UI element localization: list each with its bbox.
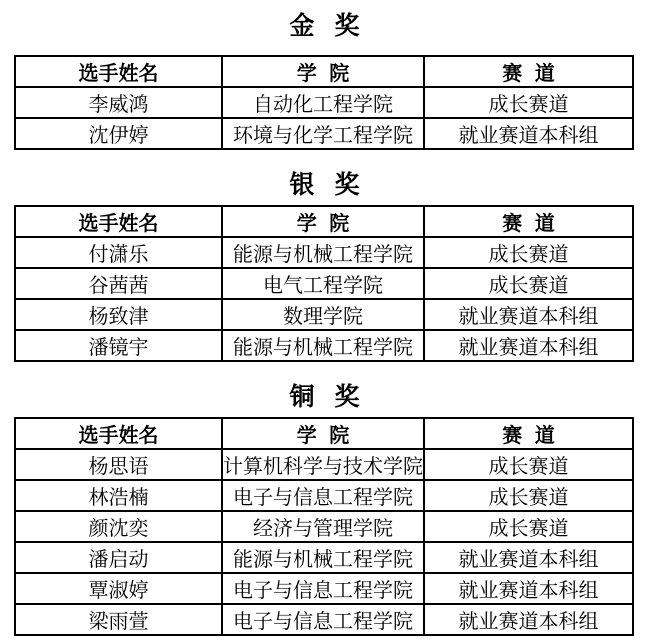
award-tables-container: 金 奖 选手姓名 学 院 赛 道 李威鸿自动化工程学院成长赛道沈伊婷环境与化学工… [0,12,649,636]
cell-track: 就业赛道本科组 [424,542,633,573]
cell-college: 数理学院 [222,299,424,330]
cell-track: 成长赛道 [424,87,633,118]
cell-name: 林浩楠 [15,480,222,511]
header-cell-name: 选手姓名 [15,206,222,237]
award-section-gold: 金 奖 选手姓名 学 院 赛 道 李威鸿自动化工程学院成长赛道沈伊婷环境与化学工… [0,12,649,150]
award-table-bronze: 选手姓名 学 院 赛 道 杨思语计算机科学与技术学院成长赛道林浩楠电子与信息工程… [14,417,634,636]
cell-track: 成长赛道 [424,237,633,268]
cell-college: 能源与机械工程学院 [222,237,424,268]
table-row: 梁雨萱电子与信息工程学院就业赛道本科组 [15,604,633,635]
award-title-bronze: 铜 奖 [0,383,649,411]
cell-name: 颜沈奕 [15,511,222,542]
award-announcement-page: 金 奖 选手姓名 学 院 赛 道 李威鸿自动化工程学院成长赛道沈伊婷环境与化学工… [0,0,649,643]
award-section-bronze: 铜 奖 选手姓名 学 院 赛 道 杨思语计算机科学与技术学院成长赛道林浩楠电子与… [0,383,649,636]
header-cell-name: 选手姓名 [15,56,222,87]
cell-name: 潘启动 [15,542,222,573]
table-row: 杨致津数理学院就业赛道本科组 [15,299,633,330]
cell-track: 就业赛道本科组 [424,118,633,149]
award-title-gold: 金 奖 [0,12,649,40]
cell-track: 成长赛道 [424,511,633,542]
cell-name: 谷茜茜 [15,268,222,299]
table-row: 杨思语计算机科学与技术学院成长赛道 [15,449,633,480]
cell-track: 就业赛道本科组 [424,604,633,635]
cell-college: 自动化工程学院 [222,87,424,118]
header-row: 选手姓名 学 院 赛 道 [15,56,633,87]
cell-college: 经济与管理学院 [222,511,424,542]
table-row: 颜沈奕经济与管理学院成长赛道 [15,511,633,542]
cell-college: 能源与机械工程学院 [222,330,424,361]
header-cell-track: 赛 道 [424,418,633,449]
cell-college: 电子与信息工程学院 [222,480,424,511]
table-row: 潘镜宇能源与机械工程学院就业赛道本科组 [15,330,633,361]
cell-name: 潘镜宇 [15,330,222,361]
header-cell-college: 学 院 [222,56,424,87]
cell-track: 就业赛道本科组 [424,299,633,330]
header-cell-track: 赛 道 [424,206,633,237]
table-row: 李威鸿自动化工程学院成长赛道 [15,87,633,118]
cell-name: 沈伊婷 [15,118,222,149]
cell-college: 能源与机械工程学院 [222,542,424,573]
header-row: 选手姓名 学 院 赛 道 [15,206,633,237]
header-cell-college: 学 院 [222,206,424,237]
cell-college: 电气工程学院 [222,268,424,299]
header-cell-college: 学 院 [222,418,424,449]
cell-track: 成长赛道 [424,480,633,511]
award-table-gold: 选手姓名 学 院 赛 道 李威鸿自动化工程学院成长赛道沈伊婷环境与化学工程学院就… [14,55,634,150]
cell-name: 覃淑婷 [15,573,222,604]
cell-college: 电子与信息工程学院 [222,573,424,604]
cell-college: 计算机科学与技术学院 [222,449,424,480]
cell-name: 杨致津 [15,299,222,330]
cell-college: 电子与信息工程学院 [222,604,424,635]
cell-track: 就业赛道本科组 [424,330,633,361]
cell-college: 环境与化学工程学院 [222,118,424,149]
cell-name: 付潇乐 [15,237,222,268]
header-cell-name: 选手姓名 [15,418,222,449]
table-row: 付潇乐能源与机械工程学院成长赛道 [15,237,633,268]
table-row: 谷茜茜电气工程学院成长赛道 [15,268,633,299]
table-row: 覃淑婷电子与信息工程学院就业赛道本科组 [15,573,633,604]
cell-name: 杨思语 [15,449,222,480]
cell-track: 成长赛道 [424,268,633,299]
cell-name: 梁雨萱 [15,604,222,635]
award-title-silver: 银 奖 [0,171,649,199]
header-row: 选手姓名 学 院 赛 道 [15,418,633,449]
header-cell-track: 赛 道 [424,56,633,87]
table-row: 沈伊婷环境与化学工程学院就业赛道本科组 [15,118,633,149]
table-row: 潘启动能源与机械工程学院就业赛道本科组 [15,542,633,573]
cell-track: 就业赛道本科组 [424,573,633,604]
award-section-silver: 银 奖 选手姓名 学 院 赛 道 付潇乐能源与机械工程学院成长赛道谷茜茜电气工程… [0,171,649,362]
cell-track: 成长赛道 [424,449,633,480]
cell-name: 李威鸿 [15,87,222,118]
table-row: 林浩楠电子与信息工程学院成长赛道 [15,480,633,511]
award-table-silver: 选手姓名 学 院 赛 道 付潇乐能源与机械工程学院成长赛道谷茜茜电气工程学院成长… [14,205,634,362]
